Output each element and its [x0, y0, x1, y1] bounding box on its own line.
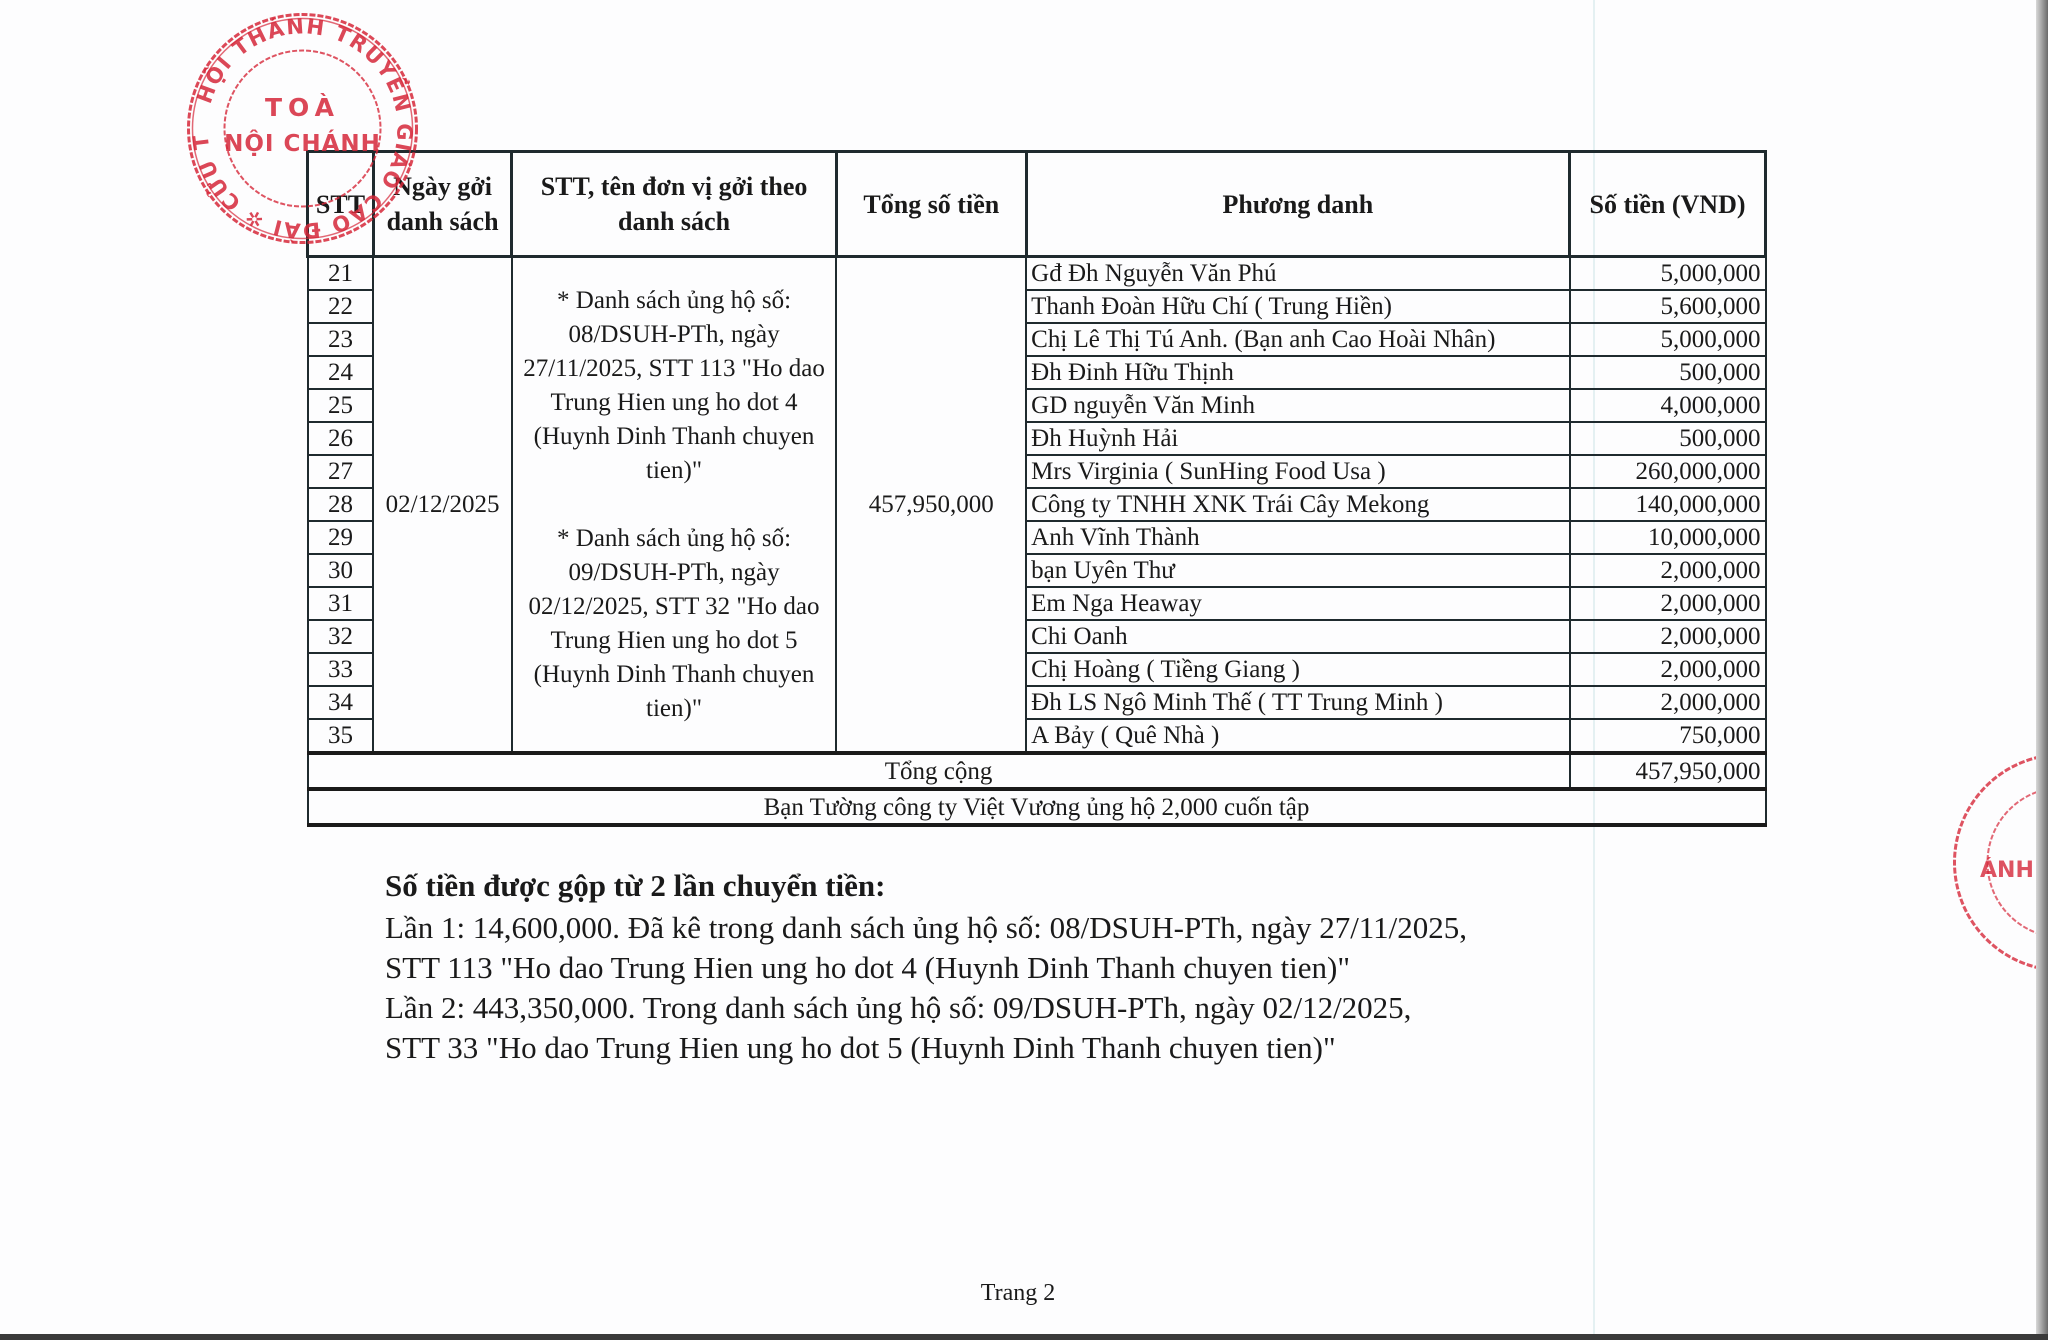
donor-name: Anh Vĩnh Thành	[1026, 521, 1569, 554]
donation-amount: 10,000,000	[1570, 521, 1766, 554]
row-stt: 35	[308, 719, 374, 753]
donor-name: A Bảy ( Quê Nhà )	[1026, 719, 1569, 753]
row-stt: 33	[308, 653, 374, 686]
bottom-edge	[0, 1334, 2048, 1340]
total-value: 457,950,000	[1570, 753, 1766, 789]
donor-name: GD nguyễn Văn Minh	[1026, 389, 1569, 422]
donation-table: STT Ngày gởi danh sách STT, tên đơn vị g…	[306, 150, 1767, 827]
donor-name: Công ty TNHH XNK Trái Cây Mekong	[1026, 488, 1569, 521]
donation-amount: 5,600,000	[1570, 290, 1766, 323]
page-number: Trang 2	[0, 1280, 2036, 1307]
row-stt: 24	[308, 356, 374, 389]
row-stt: 25	[308, 389, 374, 422]
notes-line-4: STT 33 "Ho dao Trung Hien ung ho dot 5 (…	[385, 1028, 1625, 1068]
header-date: Ngày gởi danh sách	[373, 152, 511, 257]
table-row: 2102/12/2025* Danh sách ủng hộ số: 08/DS…	[308, 257, 1766, 291]
donation-amount: 140,000,000	[1570, 488, 1766, 521]
row-stt: 30	[308, 554, 374, 587]
header-list: STT, tên đơn vị gởi theo danh sách	[512, 152, 837, 257]
list-reference-1: * Danh sách ủng hộ số: 08/DSUH-PTh, ngày…	[517, 284, 832, 488]
donation-amount: 2,000,000	[1570, 620, 1766, 653]
partial-seal-text: ÁNH	[1980, 857, 2034, 883]
donor-name: Chi Oanh	[1026, 620, 1569, 653]
row-stt: 32	[308, 620, 374, 653]
row-stt: 28	[308, 488, 374, 521]
row-stt: 29	[308, 521, 374, 554]
document-page: STT Ngày gởi danh sách STT, tên đơn vị g…	[0, 0, 2036, 1334]
donation-amount: 260,000,000	[1570, 455, 1766, 488]
partial-seal-stamp: ÁNH	[1940, 740, 2048, 985]
donor-name: Chị Lê Thị Tú Anh. (Bạn anh Cao Hoài Nhâ…	[1026, 323, 1569, 356]
row-stt: 34	[308, 686, 374, 719]
transfer-notes: Số tiền được gộp từ 2 lần chuyển tiền: L…	[385, 866, 1625, 1068]
notes-line-2: STT 113 "Ho dao Trung Hien ung ho dot 4 …	[385, 948, 1625, 988]
row-stt: 31	[308, 587, 374, 620]
page-edge-shadow	[2036, 0, 2048, 1340]
note-row: Bạn Tường công ty Việt Vương ủng hộ 2,00…	[308, 789, 1766, 825]
header-name: Phương danh	[1026, 152, 1569, 257]
header-total: Tổng số tiền	[836, 152, 1026, 257]
donation-amount: 500,000	[1570, 356, 1766, 389]
donor-name: Đh Huỳnh Hải	[1026, 422, 1569, 455]
donor-name: bạn Uyên Thư	[1026, 554, 1569, 587]
partial-seal-icon: ÁNH	[1940, 740, 2048, 985]
row-stt: 23	[308, 323, 374, 356]
donor-name: Chị Hoàng ( Tiềng Giang )	[1026, 653, 1569, 686]
list-reference-2: * Danh sách ủng hộ số: 09/DSUH-PTh, ngày…	[517, 522, 832, 726]
row-stt: 26	[308, 422, 374, 455]
donation-amount: 2,000,000	[1570, 554, 1766, 587]
donor-name: Thanh Đoàn Hữu Chí ( Trung Hiền)	[1026, 290, 1569, 323]
notes-heading: Số tiền được gộp từ 2 lần chuyển tiền:	[385, 866, 1625, 906]
donor-name: Đh Đinh Hữu Thịnh	[1026, 356, 1569, 389]
row-stt: 27	[308, 455, 374, 488]
row-stt: 21	[308, 257, 374, 291]
notes-line-1: Lần 1: 14,600,000. Đã kê trong danh sách…	[385, 908, 1625, 948]
group-total: 457,950,000	[836, 257, 1026, 754]
donor-name: Đh LS Ngô Minh Thế ( TT Trung Minh )	[1026, 686, 1569, 719]
donation-amount: 2,000,000	[1570, 587, 1766, 620]
group-date: 02/12/2025	[373, 257, 511, 754]
header-stt: STT	[308, 152, 374, 257]
table-header-row: STT Ngày gởi danh sách STT, tên đơn vị g…	[308, 152, 1766, 257]
header-amount: Số tiền (VND)	[1570, 152, 1766, 257]
donation-amount: 2,000,000	[1570, 653, 1766, 686]
total-row: Tổng cộng457,950,000	[308, 753, 1766, 789]
donor-name: Gđ Đh Nguyễn Văn Phú	[1026, 257, 1569, 291]
donation-amount: 4,000,000	[1570, 389, 1766, 422]
row-stt: 22	[308, 290, 374, 323]
seal-center-line-1: TOÀ	[265, 93, 340, 122]
notes-line-3: Lần 2: 443,350,000. Trong danh sách ủng …	[385, 988, 1625, 1028]
donation-amount: 5,000,000	[1570, 323, 1766, 356]
donation-amount: 5,000,000	[1570, 257, 1766, 291]
donor-name: Mrs Virginia ( SunHing Food Usa )	[1026, 455, 1569, 488]
donor-name: Em Nga Heaway	[1026, 587, 1569, 620]
donation-amount: 750,000	[1570, 719, 1766, 753]
table-body: 2102/12/2025* Danh sách ủng hộ số: 08/DS…	[308, 257, 1766, 826]
donation-amount: 500,000	[1570, 422, 1766, 455]
total-label: Tổng cộng	[308, 753, 1570, 789]
group-list-reference: * Danh sách ủng hộ số: 08/DSUH-PTh, ngày…	[512, 257, 837, 754]
donation-amount: 2,000,000	[1570, 686, 1766, 719]
in-kind-donation-note: Bạn Tường công ty Việt Vương ủng hộ 2,00…	[308, 789, 1766, 825]
